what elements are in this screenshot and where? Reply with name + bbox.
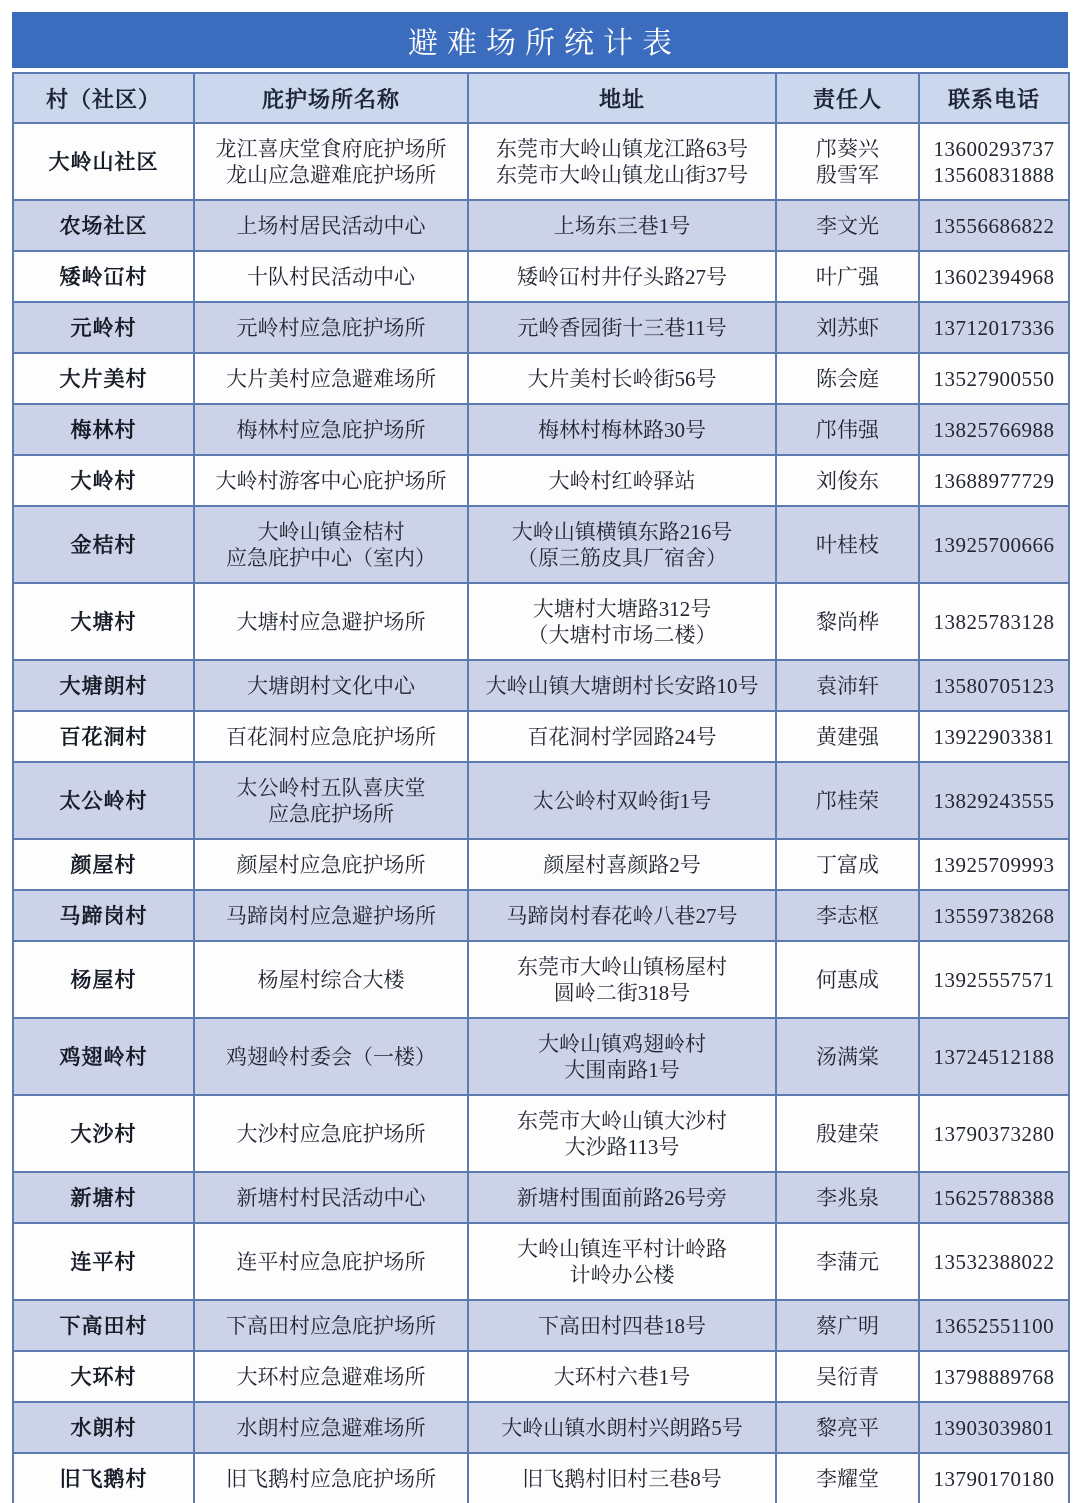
- column-header-shelter: 庇护场所名称: [194, 73, 468, 123]
- cell-person: 刘苏虾: [776, 302, 919, 353]
- cell-shelter: 连平村应急庇护场所: [194, 1223, 468, 1300]
- cell-phone: 13925557571: [919, 941, 1069, 1018]
- table-row: 大环村大环村应急避难场所大环村六巷1号吴衍青13798889768: [13, 1351, 1069, 1402]
- cell-village: 大岭山社区: [13, 123, 194, 200]
- cell-phone: 13829243555: [919, 762, 1069, 839]
- cell-village: 杨屋村: [13, 941, 194, 1018]
- table-row: 大岭村大岭村游客中心庇护场所大岭村红岭驿站刘俊东13688977729: [13, 455, 1069, 506]
- cell-person: 邝葵兴 殷雪军: [776, 123, 919, 200]
- cell-shelter: 新塘村村民活动中心: [194, 1172, 468, 1223]
- cell-address: 马蹄岗村春花岭八巷27号: [468, 890, 776, 941]
- cell-address: 新塘村围面前路26号旁: [468, 1172, 776, 1223]
- cell-address: 大岭村红岭驿站: [468, 455, 776, 506]
- cell-village: 大沙村: [13, 1095, 194, 1172]
- cell-village: 百花洞村: [13, 711, 194, 762]
- cell-person: 邝桂荣: [776, 762, 919, 839]
- cell-phone: 13580705123: [919, 660, 1069, 711]
- cell-shelter: 大塘村应急避护场所: [194, 583, 468, 660]
- header-row: 村（社区） 庇护场所名称 地址 责任人 联系电话: [13, 73, 1069, 123]
- table-body: 大岭山社区龙江喜庆堂食府庇护场所 龙山应急避难庇护场所东莞市大岭山镇龙江路63号…: [13, 123, 1069, 1503]
- shelter-table: 村（社区） 庇护场所名称 地址 责任人 联系电话 大岭山社区龙江喜庆堂食府庇护场…: [12, 72, 1070, 1503]
- cell-address: 颜屋村喜颜路2号: [468, 839, 776, 890]
- cell-village: 太公岭村: [13, 762, 194, 839]
- cell-person: 吴衍青: [776, 1351, 919, 1402]
- cell-person: 李兆泉: [776, 1172, 919, 1223]
- cell-person: 陈会庭: [776, 353, 919, 404]
- cell-phone: 13688977729: [919, 455, 1069, 506]
- cell-shelter: 上场村居民活动中心: [194, 200, 468, 251]
- table-row: 大片美村大片美村应急避难场所大片美村长岭街56号陈会庭13527900550: [13, 353, 1069, 404]
- cell-person: 李志枢: [776, 890, 919, 941]
- cell-person: 殷建荣: [776, 1095, 919, 1172]
- cell-address: 矮岭冚村井仔头路27号: [468, 251, 776, 302]
- table-row: 连平村连平村应急庇护场所大岭山镇连平村计岭路 计岭办公楼李蒲元135323880…: [13, 1223, 1069, 1300]
- cell-shelter: 马蹄岗村应急避护场所: [194, 890, 468, 941]
- table-row: 马蹄岗村马蹄岗村应急避护场所马蹄岗村春花岭八巷27号李志枢13559738268: [13, 890, 1069, 941]
- table-row: 颜屋村颜屋村应急庇护场所颜屋村喜颜路2号丁富成13925709993: [13, 839, 1069, 890]
- cell-phone: 13602394968: [919, 251, 1069, 302]
- cell-address: 元岭香园街十三巷11号: [468, 302, 776, 353]
- cell-phone: 13652551100: [919, 1300, 1069, 1351]
- cell-village: 连平村: [13, 1223, 194, 1300]
- cell-village: 颜屋村: [13, 839, 194, 890]
- cell-village: 下高田村: [13, 1300, 194, 1351]
- cell-phone: 13925709993: [919, 839, 1069, 890]
- cell-village: 大岭村: [13, 455, 194, 506]
- cell-address: 东莞市大岭山镇大沙村 大沙路113号: [468, 1095, 776, 1172]
- cell-address: 大岭山镇鸡翅岭村 大围南路1号: [468, 1018, 776, 1095]
- cell-village: 金桔村: [13, 506, 194, 583]
- cell-shelter: 元岭村应急庇护场所: [194, 302, 468, 353]
- column-header-village: 村（社区）: [13, 73, 194, 123]
- cell-shelter: 大塘朗村文化中心: [194, 660, 468, 711]
- table-row: 百花洞村百花洞村应急庇护场所百花洞村学园路24号黄建强13922903381: [13, 711, 1069, 762]
- cell-person: 蔡广明: [776, 1300, 919, 1351]
- cell-phone: 13825766988: [919, 404, 1069, 455]
- cell-address: 大岭山镇水朗村兴朗路5号: [468, 1402, 776, 1453]
- column-header-person: 责任人: [776, 73, 919, 123]
- table-row: 旧飞鹅村旧飞鹅村应急庇护场所旧飞鹅村旧村三巷8号李耀堂13790170180: [13, 1453, 1069, 1503]
- table-row: 元岭村元岭村应急庇护场所元岭香园街十三巷11号刘苏虾13712017336: [13, 302, 1069, 353]
- cell-address: 太公岭村双岭街1号: [468, 762, 776, 839]
- cell-person: 叶桂枝: [776, 506, 919, 583]
- cell-address: 大岭山镇连平村计岭路 计岭办公楼: [468, 1223, 776, 1300]
- cell-person: 刘俊东: [776, 455, 919, 506]
- cell-shelter: 百花洞村应急庇护场所: [194, 711, 468, 762]
- table-row: 太公岭村太公岭村五队喜庆堂 应急庇护场所太公岭村双岭街1号邝桂荣13829243…: [13, 762, 1069, 839]
- cell-person: 袁沛轩: [776, 660, 919, 711]
- cell-village: 梅林村: [13, 404, 194, 455]
- table-row: 梅林村梅林村应急庇护场所梅林村梅林路30号邝伟强13825766988: [13, 404, 1069, 455]
- cell-phone: 13790170180: [919, 1453, 1069, 1503]
- cell-phone: 13556686822: [919, 200, 1069, 251]
- table-row: 下高田村下高田村应急庇护场所下高田村四巷18号蔡广明13652551100: [13, 1300, 1069, 1351]
- cell-phone: 13724512188: [919, 1018, 1069, 1095]
- cell-village: 旧飞鹅村: [13, 1453, 194, 1503]
- cell-phone: 13532388022: [919, 1223, 1069, 1300]
- cell-address: 大片美村长岭街56号: [468, 353, 776, 404]
- table-row: 水朗村水朗村应急避难场所大岭山镇水朗村兴朗路5号黎亮平13903039801: [13, 1402, 1069, 1453]
- table-title-bar: 避难场所统计表: [12, 12, 1068, 68]
- table-row: 杨屋村杨屋村综合大楼东莞市大岭山镇杨屋村 圆岭二街318号何惠成13925557…: [13, 941, 1069, 1018]
- cell-address: 下高田村四巷18号: [468, 1300, 776, 1351]
- cell-address: 东莞市大岭山镇杨屋村 圆岭二街318号: [468, 941, 776, 1018]
- cell-village: 新塘村: [13, 1172, 194, 1223]
- cell-person: 丁富成: [776, 839, 919, 890]
- cell-shelter: 大岭山镇金桔村 应急庇护中心（室内）: [194, 506, 468, 583]
- cell-phone: 13527900550: [919, 353, 1069, 404]
- cell-shelter: 鸡翅岭村委会（一楼）: [194, 1018, 468, 1095]
- table-row: 金桔村大岭山镇金桔村 应急庇护中心（室内）大岭山镇横镇东路216号 （原三筋皮具…: [13, 506, 1069, 583]
- cell-person: 李文光: [776, 200, 919, 251]
- cell-village: 农场社区: [13, 200, 194, 251]
- cell-shelter: 梅林村应急庇护场所: [194, 404, 468, 455]
- table-row: 新塘村新塘村村民活动中心新塘村围面前路26号旁李兆泉15625788388: [13, 1172, 1069, 1223]
- cell-address: 大岭山镇横镇东路216号 （原三筋皮具厂宿舍）: [468, 506, 776, 583]
- cell-address: 百花洞村学园路24号: [468, 711, 776, 762]
- table-header: 村（社区） 庇护场所名称 地址 责任人 联系电话: [13, 73, 1069, 123]
- cell-shelter: 大环村应急避难场所: [194, 1351, 468, 1402]
- page: 避难场所统计表 村（社区） 庇护场所名称 地址 责任人 联系电话 大岭山社区龙江…: [0, 0, 1080, 1503]
- cell-shelter: 水朗村应急避难场所: [194, 1402, 468, 1453]
- cell-phone: 13559738268: [919, 890, 1069, 941]
- table-title: 避难场所统计表: [399, 18, 681, 62]
- cell-address: 大塘村大塘路312号 （大塘村市场二楼）: [468, 583, 776, 660]
- cell-shelter: 大片美村应急避难场所: [194, 353, 468, 404]
- cell-village: 元岭村: [13, 302, 194, 353]
- table-row: 大塘朗村大塘朗村文化中心大岭山镇大塘朗村长安路10号袁沛轩13580705123: [13, 660, 1069, 711]
- cell-address: 大环村六巷1号: [468, 1351, 776, 1402]
- cell-shelter: 杨屋村综合大楼: [194, 941, 468, 1018]
- cell-person: 黄建强: [776, 711, 919, 762]
- column-header-phone: 联系电话: [919, 73, 1069, 123]
- cell-person: 黎尚桦: [776, 583, 919, 660]
- table-row: 大岭山社区龙江喜庆堂食府庇护场所 龙山应急避难庇护场所东莞市大岭山镇龙江路63号…: [13, 123, 1069, 200]
- cell-person: 叶广强: [776, 251, 919, 302]
- cell-person: 李耀堂: [776, 1453, 919, 1503]
- cell-shelter: 龙江喜庆堂食府庇护场所 龙山应急避难庇护场所: [194, 123, 468, 200]
- cell-person: 李蒲元: [776, 1223, 919, 1300]
- cell-shelter: 大沙村应急庇护场所: [194, 1095, 468, 1172]
- cell-address: 东莞市大岭山镇龙江路63号 东莞市大岭山镇龙山街37号: [468, 123, 776, 200]
- cell-person: 汤满棠: [776, 1018, 919, 1095]
- cell-village: 大片美村: [13, 353, 194, 404]
- cell-shelter: 大岭村游客中心庇护场所: [194, 455, 468, 506]
- cell-shelter: 下高田村应急庇护场所: [194, 1300, 468, 1351]
- cell-shelter: 颜屋村应急庇护场所: [194, 839, 468, 890]
- cell-address: 梅林村梅林路30号: [468, 404, 776, 455]
- cell-village: 大塘村: [13, 583, 194, 660]
- cell-village: 矮岭冚村: [13, 251, 194, 302]
- cell-address: 上场东三巷1号: [468, 200, 776, 251]
- cell-person: 何惠成: [776, 941, 919, 1018]
- table-row: 大沙村大沙村应急庇护场所东莞市大岭山镇大沙村 大沙路113号殷建荣1379037…: [13, 1095, 1069, 1172]
- table-row: 大塘村大塘村应急避护场所大塘村大塘路312号 （大塘村市场二楼）黎尚桦13825…: [13, 583, 1069, 660]
- cell-village: 鸡翅岭村: [13, 1018, 194, 1095]
- cell-phone: 13922903381: [919, 711, 1069, 762]
- cell-phone: 13925700666: [919, 506, 1069, 583]
- cell-phone: 15625788388: [919, 1172, 1069, 1223]
- cell-person: 黎亮平: [776, 1402, 919, 1453]
- cell-village: 马蹄岗村: [13, 890, 194, 941]
- cell-shelter: 旧飞鹅村应急庇护场所: [194, 1453, 468, 1503]
- cell-address: 旧飞鹅村旧村三巷8号: [468, 1453, 776, 1503]
- cell-person: 邝伟强: [776, 404, 919, 455]
- cell-village: 大塘朗村: [13, 660, 194, 711]
- cell-phone: 13600293737 13560831888: [919, 123, 1069, 200]
- table-row: 矮岭冚村十队村民活动中心矮岭冚村井仔头路27号叶广强13602394968: [13, 251, 1069, 302]
- cell-phone: 13903039801: [919, 1402, 1069, 1453]
- cell-village: 水朗村: [13, 1402, 194, 1453]
- cell-shelter: 十队村民活动中心: [194, 251, 468, 302]
- table-row: 鸡翅岭村鸡翅岭村委会（一楼）大岭山镇鸡翅岭村 大围南路1号汤满棠13724512…: [13, 1018, 1069, 1095]
- cell-shelter: 太公岭村五队喜庆堂 应急庇护场所: [194, 762, 468, 839]
- cell-village: 大环村: [13, 1351, 194, 1402]
- cell-address: 大岭山镇大塘朗村长安路10号: [468, 660, 776, 711]
- cell-phone: 13825783128: [919, 583, 1069, 660]
- table-row: 农场社区上场村居民活动中心上场东三巷1号李文光13556686822: [13, 200, 1069, 251]
- column-header-address: 地址: [468, 73, 776, 123]
- cell-phone: 13790373280: [919, 1095, 1069, 1172]
- cell-phone: 13712017336: [919, 302, 1069, 353]
- cell-phone: 13798889768: [919, 1351, 1069, 1402]
